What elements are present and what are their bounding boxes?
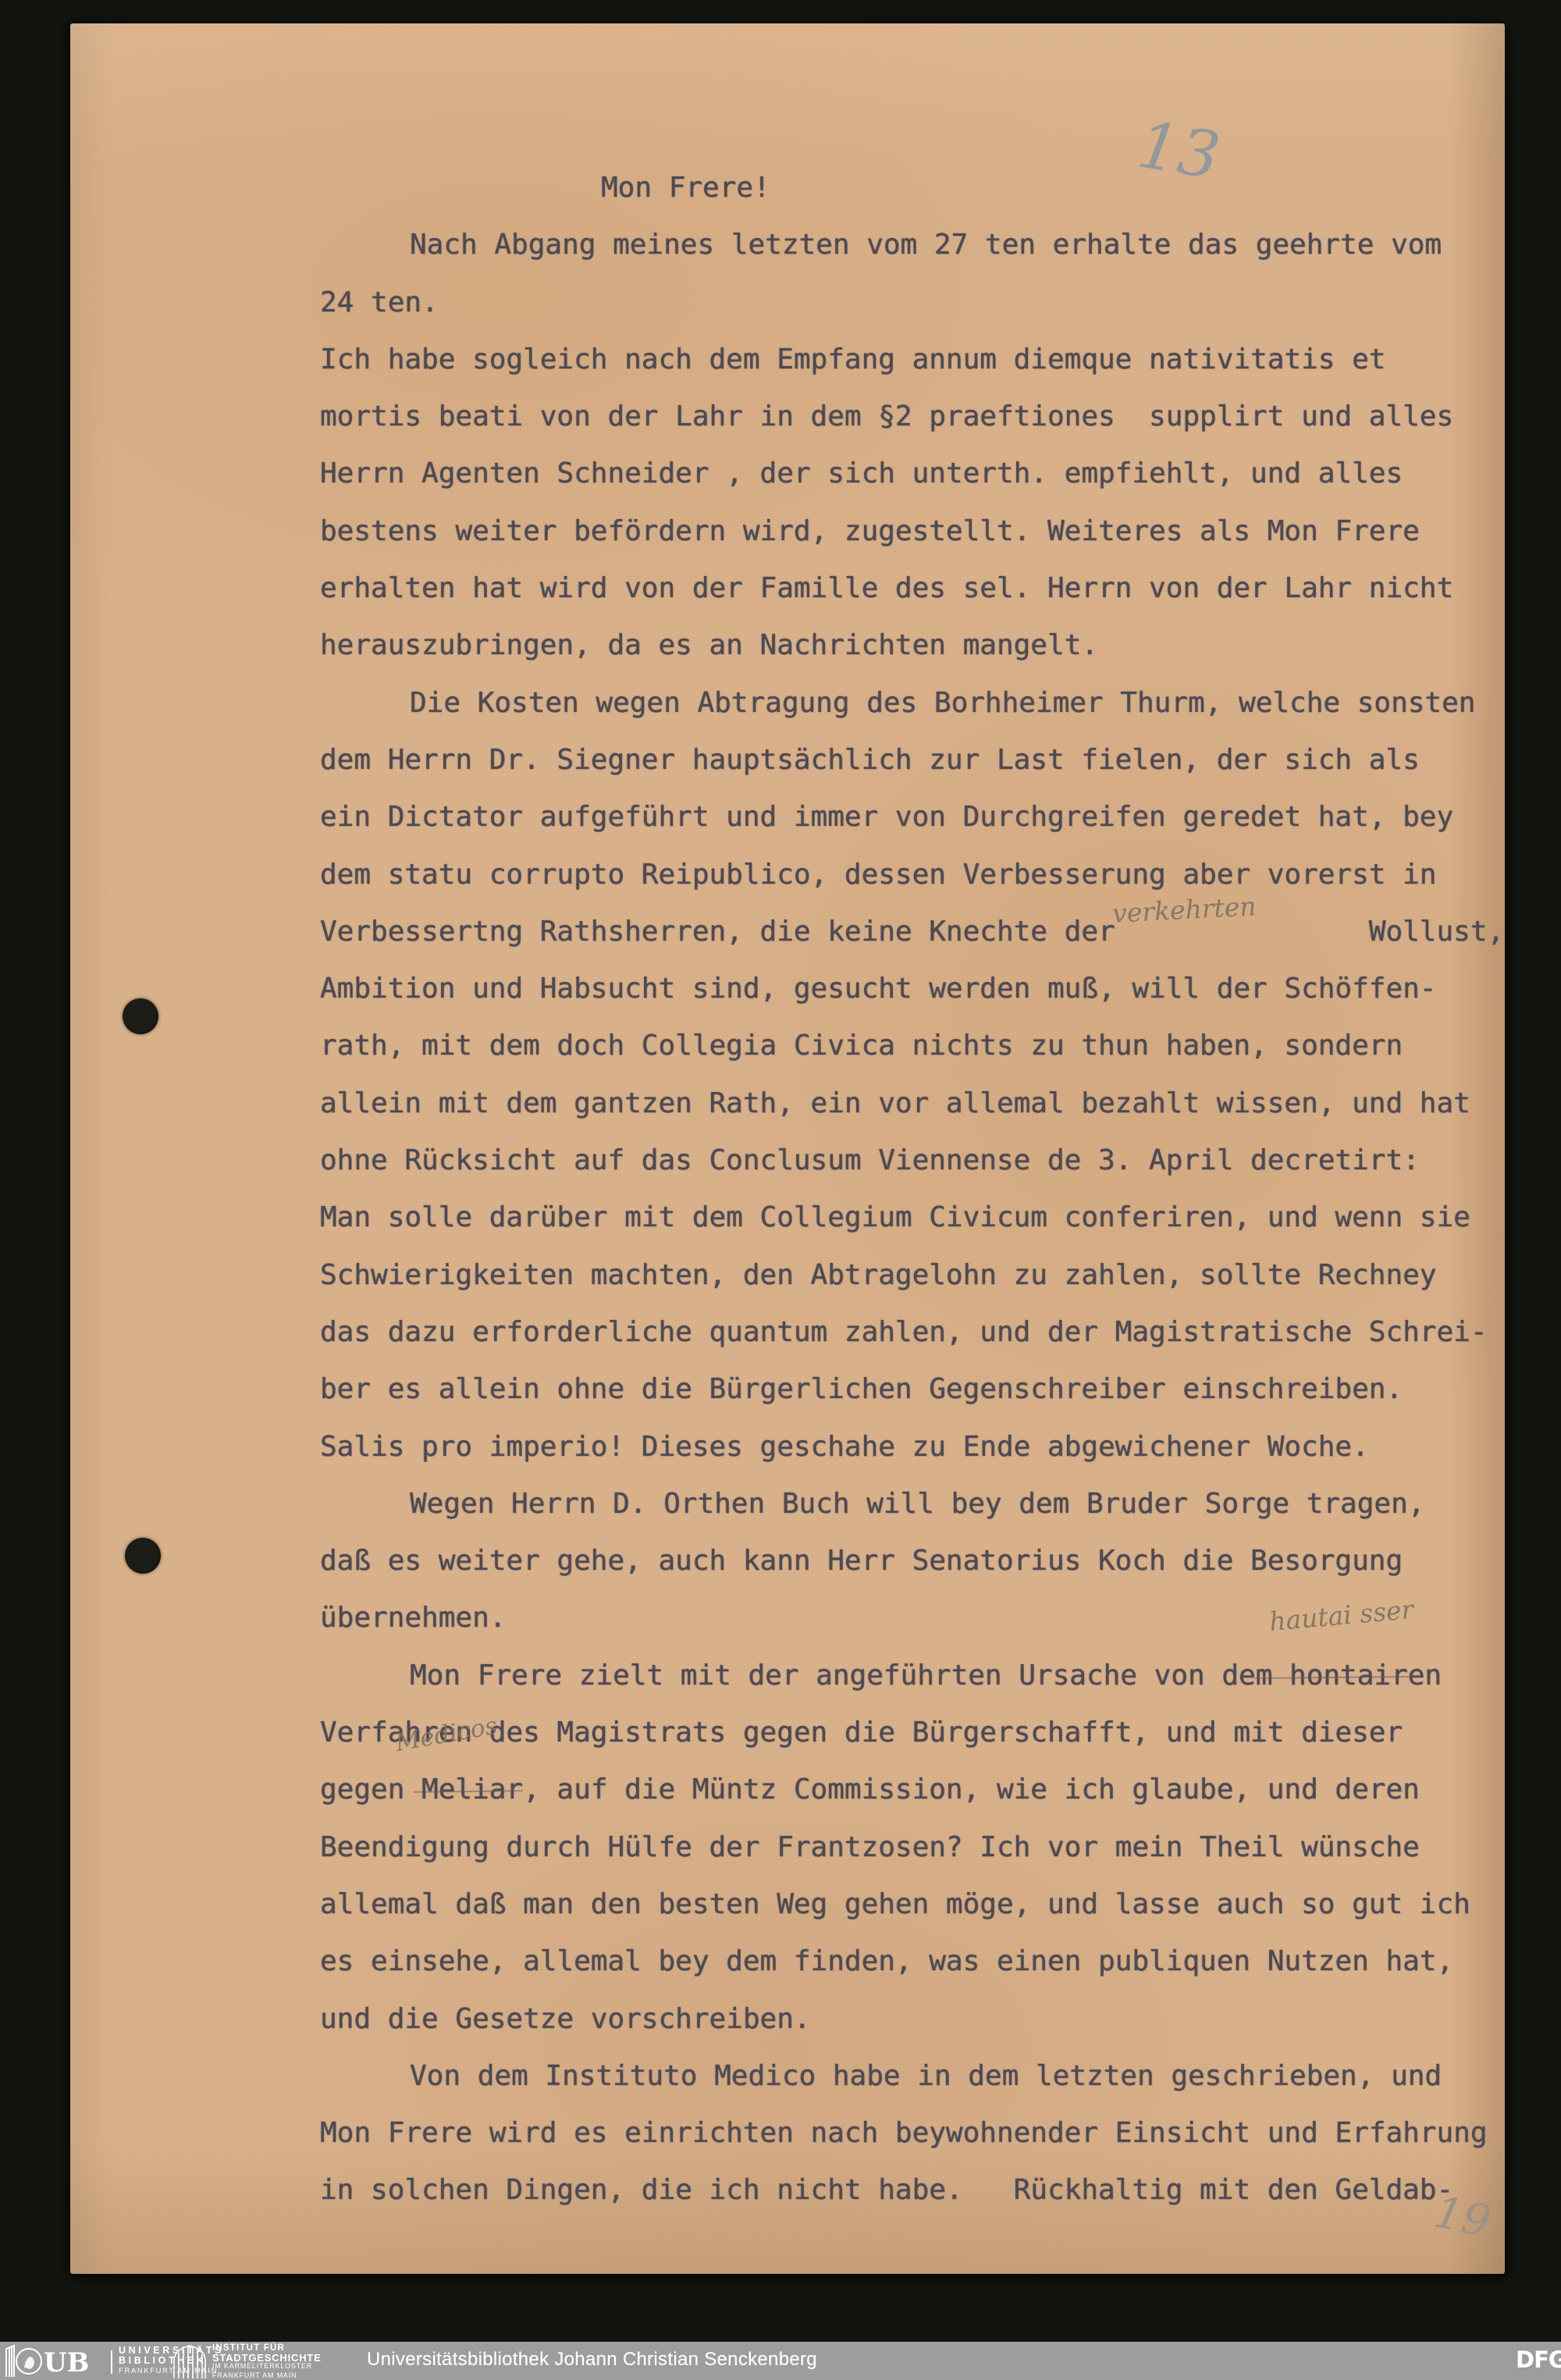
document-line: erhalten hat wird von der Famille des se… xyxy=(320,560,1499,617)
ub-library-logo-icon: UB xyxy=(5,2344,114,2378)
document-line: Mon Frere zielt mit der angeführten Ursa… xyxy=(320,1647,1499,1704)
document-line: allein mit dem gantzen Rath, ein vor all… xyxy=(320,1075,1499,1132)
document-line: Salis pro imperio! Dieses geschahe zu En… xyxy=(320,1418,1499,1475)
document-line: es einsehe, allemal bey dem finden, was … xyxy=(320,1933,1499,1990)
library-name-text: Universitätsbibliothek Johann Christian … xyxy=(367,2349,817,2371)
document-line: Wegen Herrn D. Orthen Buch will bey dem … xyxy=(320,1475,1499,1532)
page-number-13: 13 xyxy=(1133,108,1225,194)
institut-line-3: IM KARMELITERKLOSTER xyxy=(212,2362,322,2371)
document-line: ohne Rücksicht auf das Conclusum Viennen… xyxy=(320,1132,1499,1189)
document-line: das dazu erforderliche quantum zahlen, u… xyxy=(320,1304,1499,1361)
document-line: rath, mit dem doch Collegia Civica nicht… xyxy=(320,1017,1499,1074)
institut-stadtgeschichte-wordmark: INSTITUT FÜR STADTGESCHICHTE IM KARMELIT… xyxy=(212,2344,322,2380)
document-line: und die Gesetze vorschreiben. xyxy=(320,1990,1499,2047)
document-line: Mon Frere wird es einrichten nach beywoh… xyxy=(320,2104,1499,2161)
document-line: Ambition und Habsucht sind, gesucht werd… xyxy=(320,960,1499,1017)
institut-stadtgeschichte-logo-icon xyxy=(171,2343,208,2378)
document-line: Beendigung durch Hülfe der Frantzosen? I… xyxy=(320,1819,1499,1876)
document-line: ein Dictator aufgeführt und immer von Du… xyxy=(320,788,1499,845)
document-line: mortis beati von der Lahr in dem §2 prae… xyxy=(320,388,1499,445)
document-line: dem Herrn Dr. Siegner hauptsächlich zur … xyxy=(320,731,1499,788)
document-line: Ich habe sogleich nach dem Empfang annum… xyxy=(320,331,1499,388)
letter-salutation: Mon Frere! xyxy=(320,159,1499,216)
document-line: Verbessertng Rathsherren, die keine Knec… xyxy=(320,903,1499,960)
document-line: Schwierigkeiten machten, den Abtragelohn… xyxy=(320,1247,1499,1304)
document-line: Man solle darüber mit dem Collegium Civi… xyxy=(320,1189,1499,1246)
document-line: herauszubringen, da es an Nachrichten ma… xyxy=(320,617,1499,674)
dfg-logo: DFG xyxy=(1516,2346,1561,2373)
document-line: dem statu corrupto Reipublico, dessen Ve… xyxy=(320,846,1499,903)
document-line: bestens weiter befördern wird, zugestell… xyxy=(320,503,1499,560)
document-lines: Mon Frere! Nach Abgang meines letzten vo… xyxy=(320,159,1499,2219)
document-line: Nach Abgang meines letzten vom 27 ten er… xyxy=(320,216,1499,273)
document-line: 24 ten. xyxy=(320,274,1499,331)
letter-page: Mon Frere! Nach Abgang meines letzten vo… xyxy=(70,23,1505,2274)
svg-text:UB: UB xyxy=(44,2347,89,2378)
document-line: in solchen Dingen, die ich nicht habe. R… xyxy=(320,2161,1499,2218)
punch-hole-lower xyxy=(125,1538,161,1574)
document-line: Von dem Instituto Medico habe in dem let… xyxy=(320,2047,1499,2104)
document-line: Herrn Agenten Schneider , der sich unter… xyxy=(320,445,1499,502)
footer-bar: UB UNIVERSITÄTS BIBLIOTHEK FRANKFURT AM … xyxy=(0,2342,1561,2380)
document-line: daß es weiter gehe, auch kann Herr Senat… xyxy=(320,1532,1499,1589)
document-line: Die Kosten wegen Abtragung des Borhheime… xyxy=(320,674,1499,731)
institut-line-4: FRANKFURT AM MAIN xyxy=(212,2371,322,2380)
document-line: allemal daß man den besten Weg gehen mög… xyxy=(320,1876,1499,1933)
document-line: ber es allein ohne die Bürgerlichen Gege… xyxy=(320,1361,1499,1418)
scan-viewer: Mon Frere! Nach Abgang meines letzten vo… xyxy=(0,0,1561,2380)
institut-line-2: STADTGESCHICHTE xyxy=(212,2353,322,2363)
punch-hole-upper xyxy=(123,998,158,1034)
